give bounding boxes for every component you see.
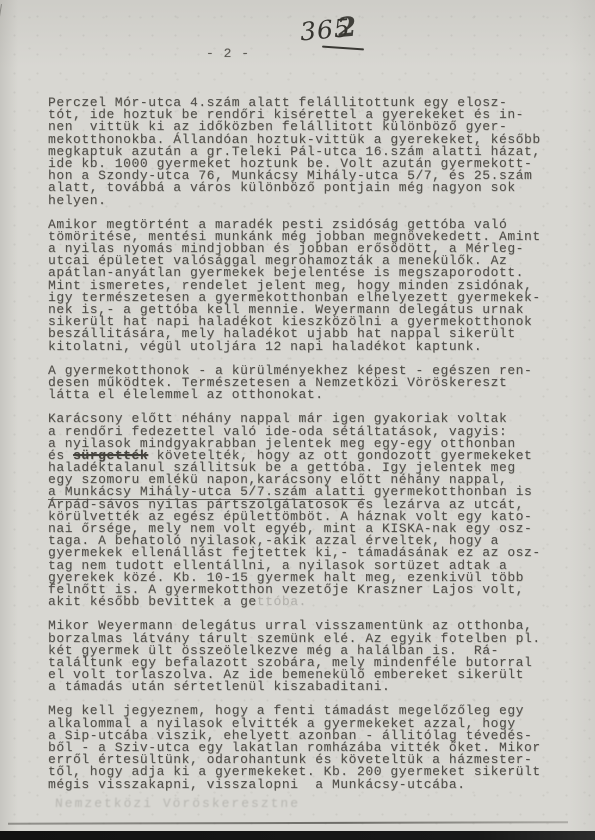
paragraph-3: A gyermekotthonok - a kürülményekhez kép…	[48, 365, 563, 402]
scan-edge-thin-line	[8, 821, 568, 824]
text-line: a támadás után sértetlenül kiszabaditani…	[48, 681, 563, 693]
scan-corner-mark	[0, 4, 2, 48]
text-line: mégis visszakapni, visszalopni a Munkács…	[48, 779, 563, 791]
handwritten-underline-stroke	[322, 46, 364, 51]
handwritten-archival-number: 3652	[299, 12, 359, 48]
text-line-with-faded-end: akit később bevittek a gettóba.	[48, 596, 563, 608]
text-line: helyen.	[48, 195, 563, 207]
scanned-document-page: 3652 - 2 - Perczel Mór-utca 4.szám alatt…	[0, 0, 595, 840]
text-line: kitolatni, végül utoljára 12 napi haladé…	[48, 341, 563, 353]
fade-line-pre: akit később bevittek a ge	[48, 594, 257, 609]
paragraph-6: Meg kell jegyeznem, hogy a fenti támadás…	[48, 705, 563, 790]
faded-word-fragment: ttóba.	[257, 594, 307, 609]
paragraph-2: Amikor megtörtént a maradék pesti zsidós…	[48, 219, 563, 353]
archival-number-overwritten-digit: 2	[336, 12, 358, 45]
page-number: - 2 -	[198, 46, 258, 61]
ink-bleedthrough-ghost-text: Nemzetközi Vöröskeresztne	[55, 796, 416, 811]
paragraph-1: Perczel Mór-utca 4.szám alatt felállitot…	[48, 97, 563, 207]
paragraph-4: Karácsony előtt néhány nappal már igen g…	[48, 413, 563, 608]
text-line: látta el élelemmel az otthonokat.	[48, 389, 563, 401]
text-line: alatt, továbbá a város különböző pontjai…	[48, 182, 563, 194]
paragraph-5: Mikor Weyermann delegátus urral visszame…	[48, 620, 563, 693]
scan-edge-black-bar	[0, 831, 595, 840]
typewritten-text-block: Perczel Mór-utca 4.szám alatt felállitot…	[48, 97, 563, 803]
